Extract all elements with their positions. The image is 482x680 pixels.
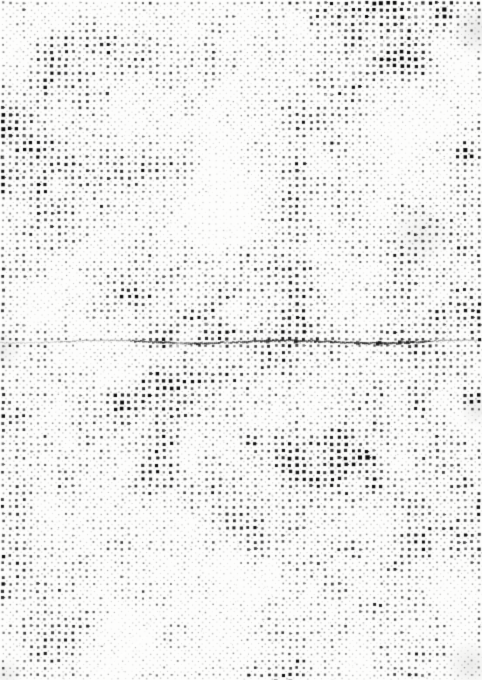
halftone-dot-texture bbox=[0, 0, 482, 680]
scanned-halftone-texture-page bbox=[0, 0, 482, 680]
